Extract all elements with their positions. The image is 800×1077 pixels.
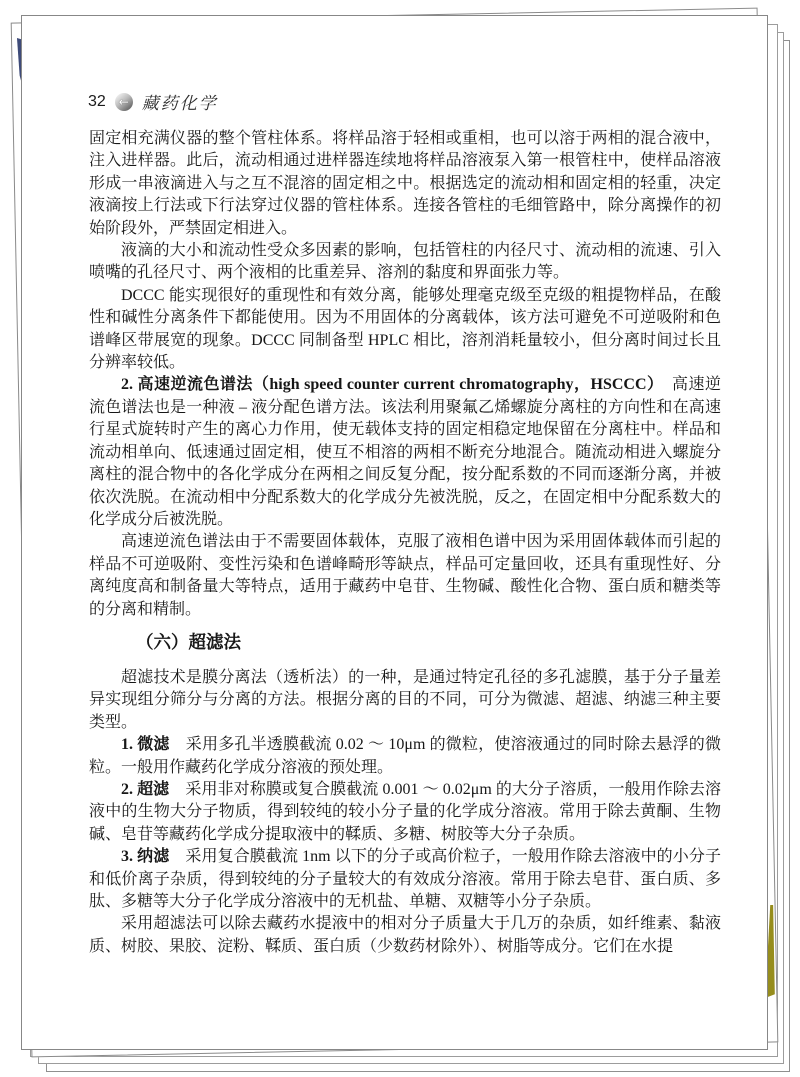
bold-run: （六）超滤法 — [136, 632, 241, 652]
text-run: 液滴的大小和流动性受众多因素的影响，包括管柱的内径尺寸、流动相的流速、引入喷嘴的… — [89, 242, 721, 281]
left-arrow-icon: ← — [115, 93, 133, 111]
text-run: 采用非对称膜或复合膜截流 0.001 ～ 0.02μm 的大分子溶质，一般用作除… — [89, 781, 721, 843]
book-title: 藏药化学 — [142, 89, 218, 114]
book-page: 32 ← 藏药化学 固定相充满仪器的整个管柱体系。将样品溶于轻相或重相，也可以溶… — [21, 15, 768, 1050]
page-body: 固定相充满仪器的整个管柱体系。将样品溶于轻相或重相，也可以溶于两相的混合液中，注… — [89, 128, 721, 958]
paragraph: 超滤技术是膜分离法（透析法）的一种，是通过特定孔径的多孔滤膜，基于分子量差异实现… — [89, 667, 721, 734]
bold-run: 2. 高速逆流色谱法（high speed counter current ch… — [121, 376, 656, 393]
text-run: 超滤技术是膜分离法（透析法）的一种，是通过特定孔径的多孔滤膜，基于分子量差异实现… — [89, 669, 721, 731]
paragraph: 1. 微滤 采用多孔半透膜截流 0.02 ～ 10μm 的微粒，使溶液通过的同时… — [89, 734, 721, 779]
text-run: DCCC 能实现很好的重现性和有效分离，能够处理毫克级至克级的粗提物样品，在酸性… — [89, 287, 721, 371]
paragraph: DCCC 能实现很好的重现性和有效分离，能够处理毫克级至克级的粗提物样品，在酸性… — [89, 285, 721, 375]
text-run: 固定相充满仪器的整个管柱体系。将样品溶于轻相或重相，也可以溶于两相的混合液中，注… — [89, 130, 721, 237]
paragraph: 2. 超滤 采用非对称膜或复合膜截流 0.001 ～ 0.02μm 的大分子溶质… — [89, 779, 721, 846]
text-run: 采用多孔半透膜截流 0.02 ～ 10μm 的微粒，使溶液通过的同时除去悬浮的微… — [89, 736, 721, 775]
text-run: 高速逆流色谱法由于不需要固体载体，克服了液相色谱中因为采用固体载体而引起的样品不… — [89, 533, 721, 617]
paragraph: 固定相充满仪器的整个管柱体系。将样品溶于轻相或重相，也可以溶于两相的混合液中，注… — [89, 128, 721, 240]
text-run: 采用超滤法可以除去藏药水提液中的相对分子质量大于几万的杂质，如纤维素、黏液质、树… — [89, 915, 721, 954]
paragraph: 2. 高速逆流色谱法（high speed counter current ch… — [89, 374, 721, 531]
paragraph: 液滴的大小和流动性受众多因素的影响，包括管柱的内径尺寸、流动相的流速、引入喷嘴的… — [89, 240, 721, 285]
bold-run: 1. 微滤 — [121, 736, 170, 753]
bold-run: 2. 超滤 — [121, 781, 169, 798]
page-header: 32 ← 藏药化学 — [88, 89, 218, 114]
page-number: 32 — [88, 93, 106, 111]
text-run: 采用复合膜截流 1nm 以下的分子或高价粒子，一般用作除去溶液中的小分子和低价离… — [89, 848, 721, 910]
scanned-book-spread: 32 ← 藏药化学 固定相充满仪器的整个管柱体系。将样品溶于轻相或重相，也可以溶… — [0, 0, 800, 1077]
paragraph: 采用超滤法可以除去藏药水提液中的相对分子质量大于几万的杂质，如纤维素、黏液质、树… — [89, 913, 721, 958]
paragraph: 高速逆流色谱法由于不需要固体载体，克服了液相色谱中因为采用固体载体而引起的样品不… — [89, 531, 721, 621]
section-heading: （六）超滤法 — [136, 630, 721, 654]
bold-run: 3. 纳滤 — [121, 848, 169, 865]
text-run: 高速逆流色谱法也是一种液 – 液分配色谱方法。该法利用聚氟乙烯螺旋分离柱的方向性… — [89, 376, 721, 527]
paragraph: 3. 纳滤 采用复合膜截流 1nm 以下的分子或高价粒子，一般用作除去溶液中的小… — [89, 846, 721, 913]
